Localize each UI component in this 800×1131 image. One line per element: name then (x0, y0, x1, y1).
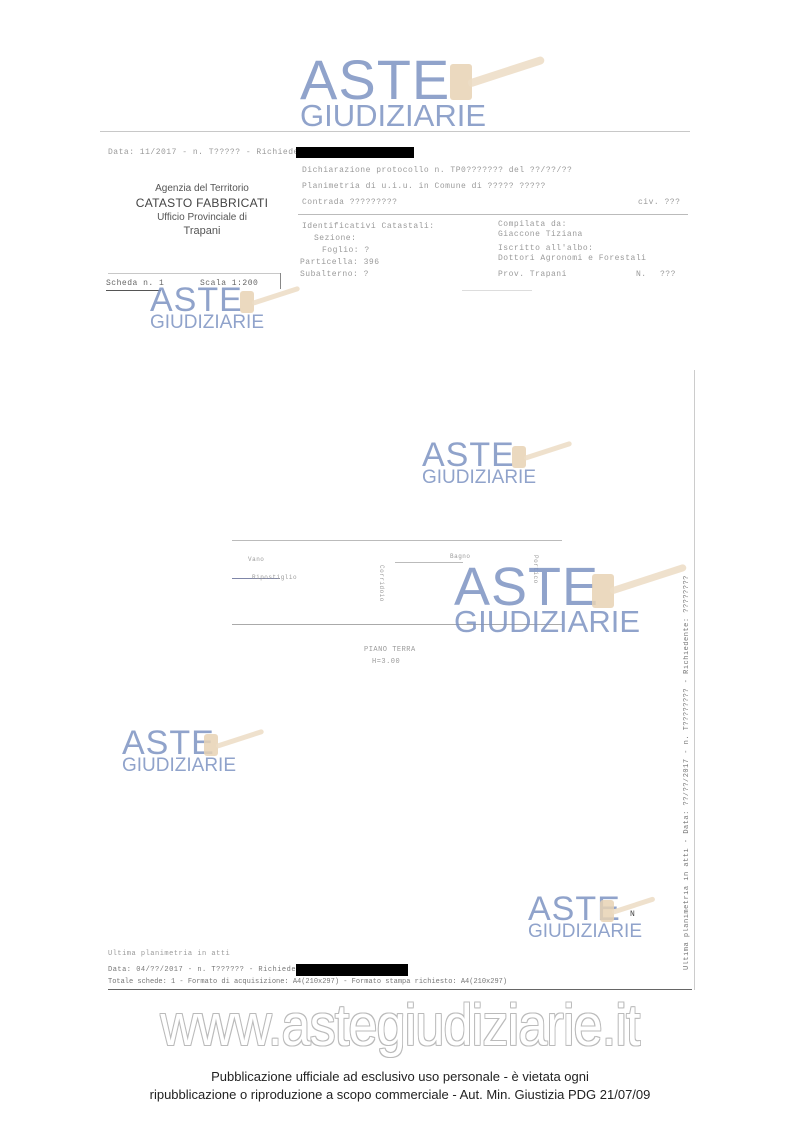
north-arrow-label: N (630, 910, 635, 919)
particella-field: Particella: 396 (300, 258, 380, 267)
redaction-bottom (296, 964, 408, 976)
iscritto-value: Dottori Agronomi e Forestali (498, 254, 646, 263)
identificativi-label: Identificativi Catastali: (302, 222, 435, 231)
side-vertical-text: Ultima planimetria in atti - Data: ??/??… (683, 380, 691, 970)
footer-last-plan: Ultima planimetria in atti (108, 950, 230, 958)
office-city: Trapani (112, 225, 292, 237)
top-rule (100, 131, 690, 132)
province: Prov. Trapani (498, 270, 567, 279)
foglio-field: Foglio: ? (322, 246, 370, 255)
plan-top-wall (232, 540, 562, 541)
watermark-logo-5: ASTE GIUDIZIARIE (528, 892, 642, 941)
form-divider (298, 214, 688, 215)
planimetry-line: Planimetria di u.i.u. in Comune di ?????… (302, 182, 546, 191)
watermark-logo-3: ASTE GIUDIZIARIE (422, 438, 536, 487)
watermark-logo-large: ASTE GIUDIZIARIE (454, 560, 640, 637)
agency-name: Agenzia del Territorio (112, 183, 292, 194)
agency-block: Agenzia del Territorio CATASTO FABBRICAT… (112, 183, 292, 237)
redaction-top (296, 147, 414, 158)
subalterno-field: Subalterno: ? (300, 270, 369, 279)
iscritto-label: Iscritto all'albo: (498, 244, 593, 253)
plan-inner-wall-2 (395, 562, 463, 563)
scheda-box-right (280, 273, 281, 289)
compilata-name: Giaccone Tiziana (498, 230, 583, 239)
height-label: H=3.00 (372, 658, 400, 666)
catasto-title: CATASTO FABBRICATI (112, 196, 292, 210)
footer-line2: Totale schede: 1 - Formato di acquisizio… (108, 978, 507, 986)
form-bottom-dots (462, 290, 532, 291)
room-label-corridoio: Corridoio (378, 565, 385, 602)
floor-label: PIANO TERRA (364, 646, 416, 654)
room-label-ripostiglio: Ripostiglio (252, 574, 297, 581)
sezione-field: Sezione: (314, 234, 356, 243)
room-label-vano: Vano (248, 556, 264, 563)
n-label: N. (636, 270, 647, 279)
watermark-logo-4: ASTE GIUDIZIARIE (122, 726, 236, 775)
n-value: ??? (660, 270, 676, 279)
disclaimer-line1: Pubblicazione ufficiale ad esclusivo uso… (0, 1068, 800, 1086)
street-line: Contrada ????????? (302, 198, 397, 207)
watermark-giudiziarie: GIUDIZIARIE (300, 100, 486, 131)
right-margin-rule (694, 370, 695, 990)
disclaimer-line2: ripubblicazione o riproduzione a scopo c… (0, 1086, 800, 1104)
declaration-line: Dichiarazione protocollo n. TP0??????? d… (302, 166, 572, 175)
compilata-label: Compilata da: (498, 220, 567, 229)
scheda-box-top (108, 273, 280, 274)
site-url-watermark: www.astegiudiziarie.it (40, 992, 760, 1059)
header-top-line: Data: 11/2017 - n. T????? - Richiedente: (108, 148, 320, 157)
footer-rule (108, 989, 692, 990)
watermark-logo-2: ASTE GIUDIZIARIE (150, 283, 264, 332)
disclaimer: Pubblicazione ufficiale ad esclusivo uso… (0, 1068, 800, 1104)
office-name: Ufficio Provinciale di (112, 212, 292, 223)
watermark-logo-top: ASTE GIUDIZIARIE (300, 52, 486, 131)
civic-number: civ. ??? (638, 198, 680, 207)
footer-line1: Data: 04/??/2017 - n. T?????? - Richiede… (108, 966, 315, 974)
